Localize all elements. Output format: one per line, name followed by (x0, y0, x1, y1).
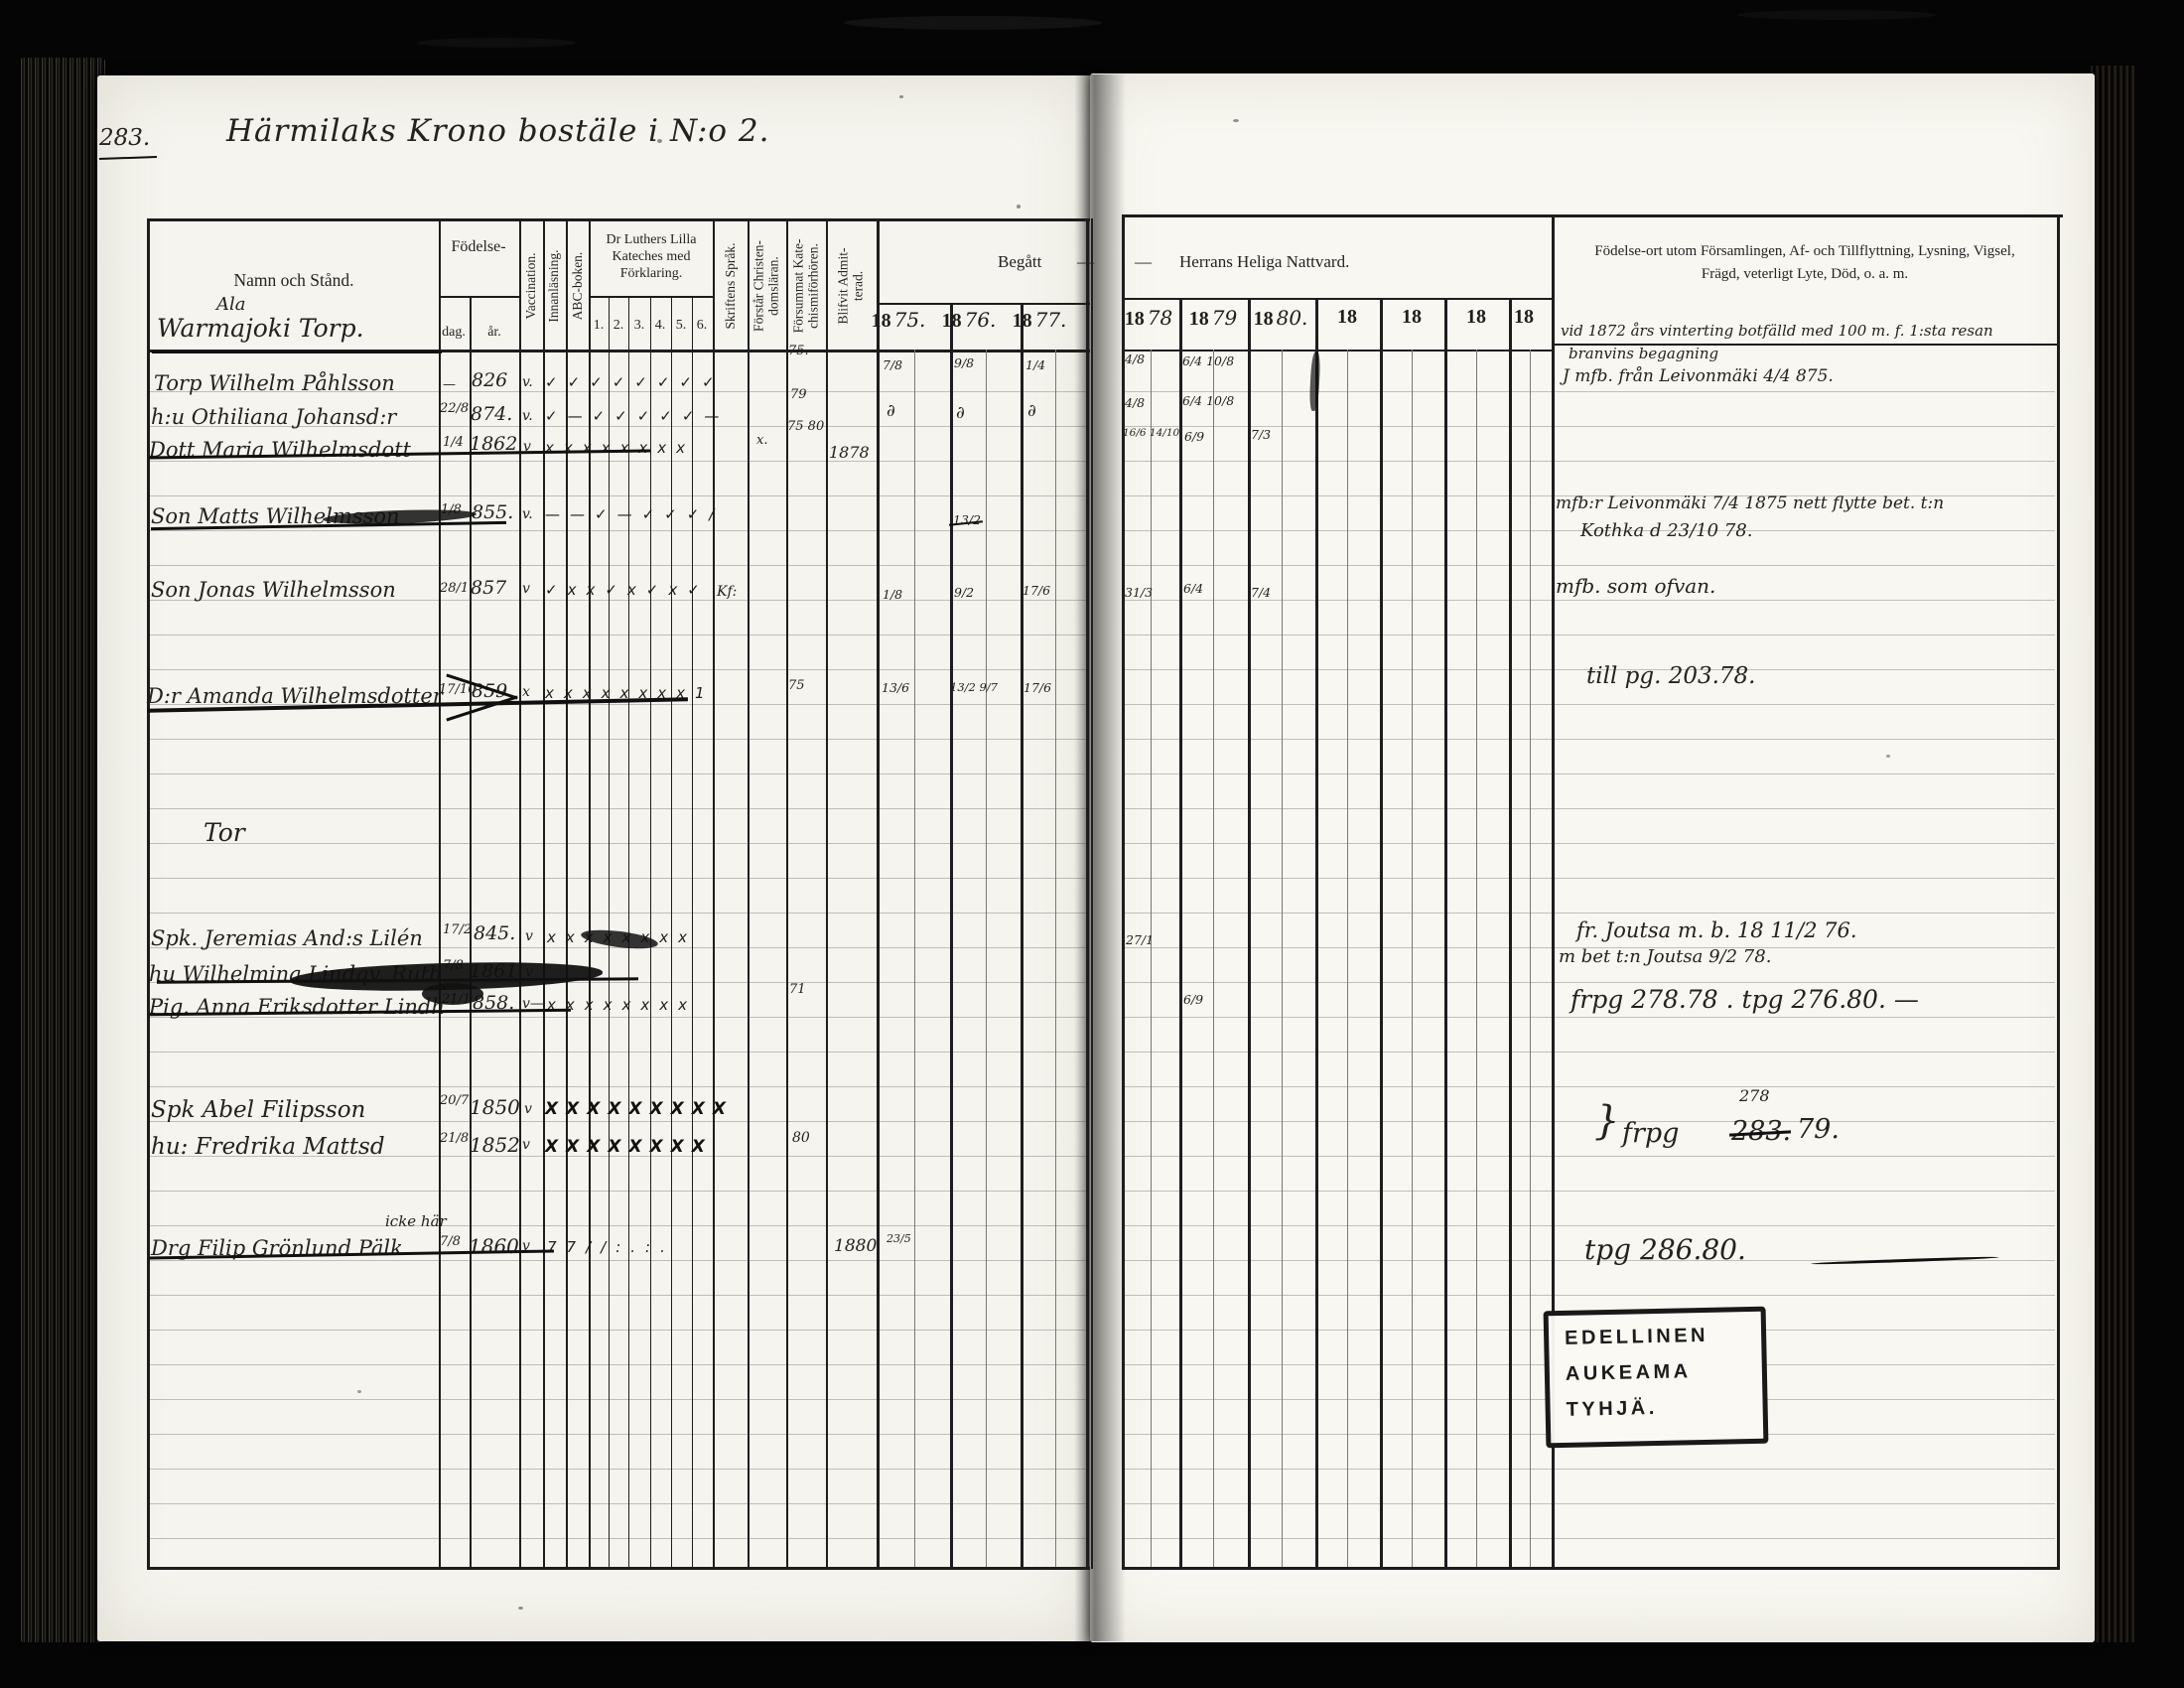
communion-1878: 16/6 14/10 (1123, 427, 1179, 439)
communion-1878: 4/8 (1125, 395, 1145, 410)
birth-year: 874. (471, 403, 512, 425)
catechism-col-1: 1. (594, 318, 605, 334)
household-heading: Warmajoki Torp. (157, 314, 364, 343)
column-header-birthplace-line2: Frägd, veterligt Lyte, Död, o. a. m. (1702, 266, 1908, 283)
margin-note: mfb:r Leivonmäki 7/4 1875 nett flytte be… (1556, 493, 1944, 513)
grid-line (1122, 214, 1125, 1569)
forsummat-mark: 71 (789, 982, 806, 997)
grid-line (147, 218, 1090, 221)
column-header-abc-book: ABC-boken. (571, 252, 586, 321)
column-header-birth-year: år. (487, 325, 501, 341)
year-printed: 18 (872, 310, 891, 333)
column-header-catechism: Dr Luthers Lilla Kateches med Förklaring… (607, 231, 697, 282)
ink-mark (899, 95, 903, 98)
book-edge-left (20, 58, 105, 1642)
communion-1875: 13/6 (882, 680, 909, 695)
birth-day: 21/8 (440, 1131, 469, 1146)
vaccination-mark: v (522, 581, 530, 597)
year-printed: 18 (1254, 308, 1274, 331)
grid-line (1091, 218, 1093, 1569)
vaccination-mark: v (525, 928, 533, 944)
stamp-line-3: TYHJÄ. (1566, 1397, 1658, 1422)
forsummat-mark: 79 (790, 387, 807, 402)
catechism-col-2: 2. (614, 318, 624, 334)
person-name: hu: Fredrika Mattsd (151, 1134, 385, 1160)
year-handwritten: 75. (894, 308, 926, 332)
column-header-missed-examinations: Försummat Kate- chismiförhören. (792, 239, 821, 334)
forsummat-mark: 75 (788, 678, 805, 693)
annotation-icke-har: icke här (385, 1212, 447, 1230)
catechism-marks: ✓✓✓✓✓✓✓✓ (545, 373, 725, 391)
ink-mark (518, 1607, 523, 1610)
communion-header-begatt: Begått (998, 252, 1041, 272)
vaccination-mark: v. (522, 408, 533, 424)
communion-header-dash-right: — (1135, 252, 1152, 272)
catechism-marks: 77//:.:. (547, 1238, 675, 1256)
communion-header-dash-left: — (1077, 252, 1094, 272)
grid-line (1122, 350, 1552, 352)
admitted-year: 1878 (829, 443, 870, 462)
household-heading-above: Ala (216, 294, 246, 315)
margin-note: m bet t:n Joutsa 9/2 78. (1559, 946, 1771, 967)
year-header-blank-4: 18 (1514, 306, 1534, 329)
grid-line (986, 350, 987, 1567)
year-header-1878: 1878 (1125, 306, 1172, 331)
grid-line (2057, 214, 2060, 1569)
grid-line (1122, 214, 2063, 217)
catechism-marks: XXXXXXXXX (545, 1099, 734, 1119)
year-printed: 18 (1337, 306, 1357, 329)
year-header-blank-1: 18 (1337, 306, 1357, 329)
margin-note: branvins begagning (1569, 345, 1718, 362)
grid-line (1151, 350, 1152, 1567)
year-printed: 18 (1125, 308, 1145, 331)
year-handwritten: 76. (965, 308, 997, 332)
grid-line (519, 218, 521, 1569)
year-printed: 18 (1514, 306, 1534, 329)
communion-1877: 17/6 (1023, 583, 1050, 598)
communion-1879: 6/4 10/8 (1182, 353, 1234, 368)
birth-year: 845. (474, 922, 515, 944)
birth-day: 1/4 (443, 435, 464, 450)
stamp-line-1: EDELLINEN (1565, 1325, 1708, 1350)
margin-note: mfb. som ofvan. (1556, 574, 1715, 598)
stamp-line-2: AUKEAMA (1566, 1360, 1692, 1386)
scanned-book-spread: 283. Härmilaks Krono bostäle i N:o 2. Na… (0, 0, 2184, 1688)
communion-1875: 1/8 (883, 587, 902, 602)
person-name: Spk Abel Filipsson (151, 1097, 365, 1123)
catechism-marks: XXXXXXXX (545, 1137, 713, 1157)
year-printed: 18 (1013, 310, 1032, 333)
column-header-birthplace-line1: Födelse-ort utom Församlingen, Af- och T… (1594, 243, 2014, 260)
grid-line (877, 303, 1090, 305)
margin-note: vid 1872 års vinterting botfälld med 100… (1561, 322, 1993, 340)
forstar-mark: x. (756, 433, 767, 448)
communion-1877: 1/4 (1025, 357, 1045, 372)
year-header-1875: 1875. (872, 308, 926, 333)
year-header-1877: 1877. (1013, 308, 1067, 333)
catechism-col-6: 6. (697, 318, 708, 334)
communion-1879: 6/9 (1184, 429, 1204, 444)
birth-year: 1852 (470, 1133, 520, 1157)
communion-1876: 13/2 9/7 (950, 680, 998, 694)
year-printed: 18 (1189, 308, 1209, 331)
grid-line (1122, 298, 1552, 300)
catechism-marks: xxxxxxxx (545, 439, 695, 457)
vaccination-mark: x (522, 684, 530, 700)
communion-header-nattvard: Herrans Heliga Nattvard. (1179, 252, 1349, 272)
forsummat-mark: 80 (792, 1130, 810, 1146)
communion-1878: 27/1 (1126, 932, 1154, 947)
vaccination-mark: v. (522, 374, 533, 390)
catechism-marks: ✓—✓✓✓✓✓— (545, 407, 729, 425)
communion-1880: 7/3 (1251, 427, 1271, 442)
grid-line (1380, 298, 1383, 1569)
year-header-1876: 1876. (942, 308, 997, 333)
vaccination-mark: v (522, 1137, 530, 1153)
vaccination-mark: v. (522, 506, 533, 522)
page-number: 283. (99, 125, 150, 151)
catechism-col-4: 4. (655, 318, 666, 334)
birth-year: 1860 (469, 1234, 519, 1258)
year-handwritten: 78 (1148, 306, 1172, 330)
birth-year: 1850 (470, 1095, 520, 1119)
grid-line (1055, 350, 1056, 1567)
grid-line (1444, 298, 1447, 1569)
communion-1878: 31/3 (1125, 585, 1153, 600)
catechism-col-5: 5. (676, 318, 687, 334)
year-header-blank-2: 18 (1402, 306, 1422, 329)
communion-1880: 7/4 (1251, 585, 1271, 600)
communion-1879: 6/9 (1183, 992, 1203, 1007)
forsummat-mark: 75. (788, 344, 809, 358)
column-header-scripture-language: Skriftens Språk. (724, 243, 739, 330)
margin-note-brace: } (1594, 1098, 1619, 1144)
grid-line (1122, 1567, 2060, 1570)
communion-1878: 4/8 (1125, 352, 1145, 366)
grid-line (439, 218, 441, 1569)
person-name: h:u Othiliana Johansd:r (151, 405, 396, 429)
ink-mark (1017, 205, 1021, 209)
grid-line (914, 350, 915, 1567)
year-handwritten: 79 (1212, 306, 1237, 330)
birth-day: 22/8 (440, 401, 469, 416)
margin-note: Kothka d 23/10 78. (1580, 520, 1752, 541)
year-header-1879: 1879 (1189, 306, 1237, 331)
year-header-blank-3: 18 (1466, 306, 1486, 329)
communion-1877-ditto: ∂ (1027, 401, 1036, 421)
year-printed: 18 (1402, 306, 1422, 329)
grid-line (1179, 298, 1182, 1569)
birth-year: 826 (472, 369, 507, 391)
grid-line (1412, 350, 1413, 1567)
column-header-name: Namn och Stånd. (233, 270, 353, 291)
person-name: Son Jonas Wilhelmsson (151, 578, 396, 602)
communion-1875: 23/5 (887, 1232, 911, 1245)
year-header-1880: 1880. (1254, 306, 1308, 331)
column-header-birth: Födelse- (451, 238, 505, 256)
scan-smudge (844, 16, 1102, 30)
margin-note: fr. Joutsa m. b. 18 11/2 76. (1576, 918, 1857, 942)
communion-1876-ditto: ∂ (956, 403, 965, 423)
scan-smudge (417, 38, 576, 48)
margin-note: till pg. 203.78. (1586, 663, 1755, 689)
forsummat-mark: 75 80 (787, 419, 824, 434)
grid-line (877, 218, 880, 1569)
scripture-language-mark: Kf: (717, 584, 737, 600)
grid-line (1248, 298, 1251, 1569)
grid-line (1530, 350, 1531, 1567)
margin-note: 79. (1797, 1114, 1840, 1145)
ink-mark (1886, 755, 1890, 758)
communion-1875: 7/8 (883, 357, 902, 372)
grid-line (439, 296, 519, 298)
grid-line (147, 218, 150, 1569)
catechism-marks: ——✓—✓✓✓/ (545, 505, 724, 523)
ink-mark (657, 139, 662, 143)
grid-line (1282, 350, 1283, 1567)
margin-note: frpg 278.78 . tpg 276.80. — (1570, 985, 1919, 1014)
stamp-edellinen-aukeama-tyhja: EDELLINEN AUKEAMA TYHJÄ. (1544, 1307, 1769, 1449)
person-name: Spk. Jeremias And:s Lilén (151, 926, 423, 950)
grid-line (1509, 298, 1512, 1569)
communion-1879: 6/4 (1183, 581, 1203, 596)
communion-1877: 17/6 (1024, 680, 1051, 695)
column-header-admitted: Blifvit Admit- terad. (837, 248, 866, 325)
grid-line (1213, 350, 1214, 1567)
household-heading-second: Tor (204, 818, 245, 847)
grid-line (1347, 350, 1348, 1567)
communion-1876: 9/2 (954, 585, 974, 600)
page-title: Härmilaks Krono bostäle i N:o 2. (226, 113, 770, 149)
year-printed: 18 (942, 310, 962, 333)
year-handwritten: 80. (1277, 306, 1308, 330)
birth-day: 17/2 (443, 922, 472, 937)
birth-year: 857 (471, 577, 506, 599)
communion-1875-ditto: ∂ (887, 401, 895, 421)
communion-1876: 9/8 (954, 355, 974, 370)
ink-mark (152, 351, 442, 353)
ink-mark (422, 983, 483, 1005)
column-header-understands-doctrine: Förstår Christen- domsläran. (752, 240, 781, 332)
margin-note: tpg 286.80. (1584, 1233, 1746, 1266)
book-edge-right (2091, 66, 2134, 1642)
grid-line (748, 218, 750, 1569)
communion-1879: 6/4 10/8 (1182, 393, 1234, 408)
person-name: Torp Wilhelm Påhlsson (154, 371, 395, 395)
year-printed: 18 (1466, 306, 1486, 329)
margin-note: J mfb. från Leivonmäki 4/4 875. (1563, 366, 1834, 386)
grid-line (1476, 350, 1477, 1567)
ink-mark (1233, 119, 1239, 122)
column-header-reading: Innanläsning. (547, 249, 562, 322)
grid-line (1086, 218, 1089, 1569)
admitted-year: 1880 (834, 1236, 877, 1256)
birth-year: 855. (472, 501, 513, 523)
column-header-vaccination: Vaccination. (524, 252, 539, 319)
grid-line (1021, 303, 1024, 1569)
scan-smudge (1737, 10, 1936, 20)
grid-line (826, 218, 828, 1569)
ink-mark (357, 1390, 361, 1393)
grid-line (147, 1567, 1090, 1570)
birth-day: 7/8 (440, 1234, 461, 1249)
birth-day: — (443, 377, 456, 392)
grid-line (1315, 298, 1318, 1569)
birth-day: 28/1 (440, 581, 469, 596)
margin-note-correction: 278 (1739, 1086, 1770, 1105)
year-handwritten: 77. (1035, 308, 1067, 332)
catechism-col-3: 3. (634, 318, 645, 334)
vaccination-mark: v (524, 1101, 532, 1117)
margin-note: frpg (1622, 1118, 1679, 1149)
birth-day: 20/7 (440, 1093, 469, 1108)
column-header-birth-day: dag. (442, 325, 466, 341)
grid-line (950, 303, 953, 1569)
catechism-marks: ✓xx✓x✓x✓ (545, 581, 710, 599)
